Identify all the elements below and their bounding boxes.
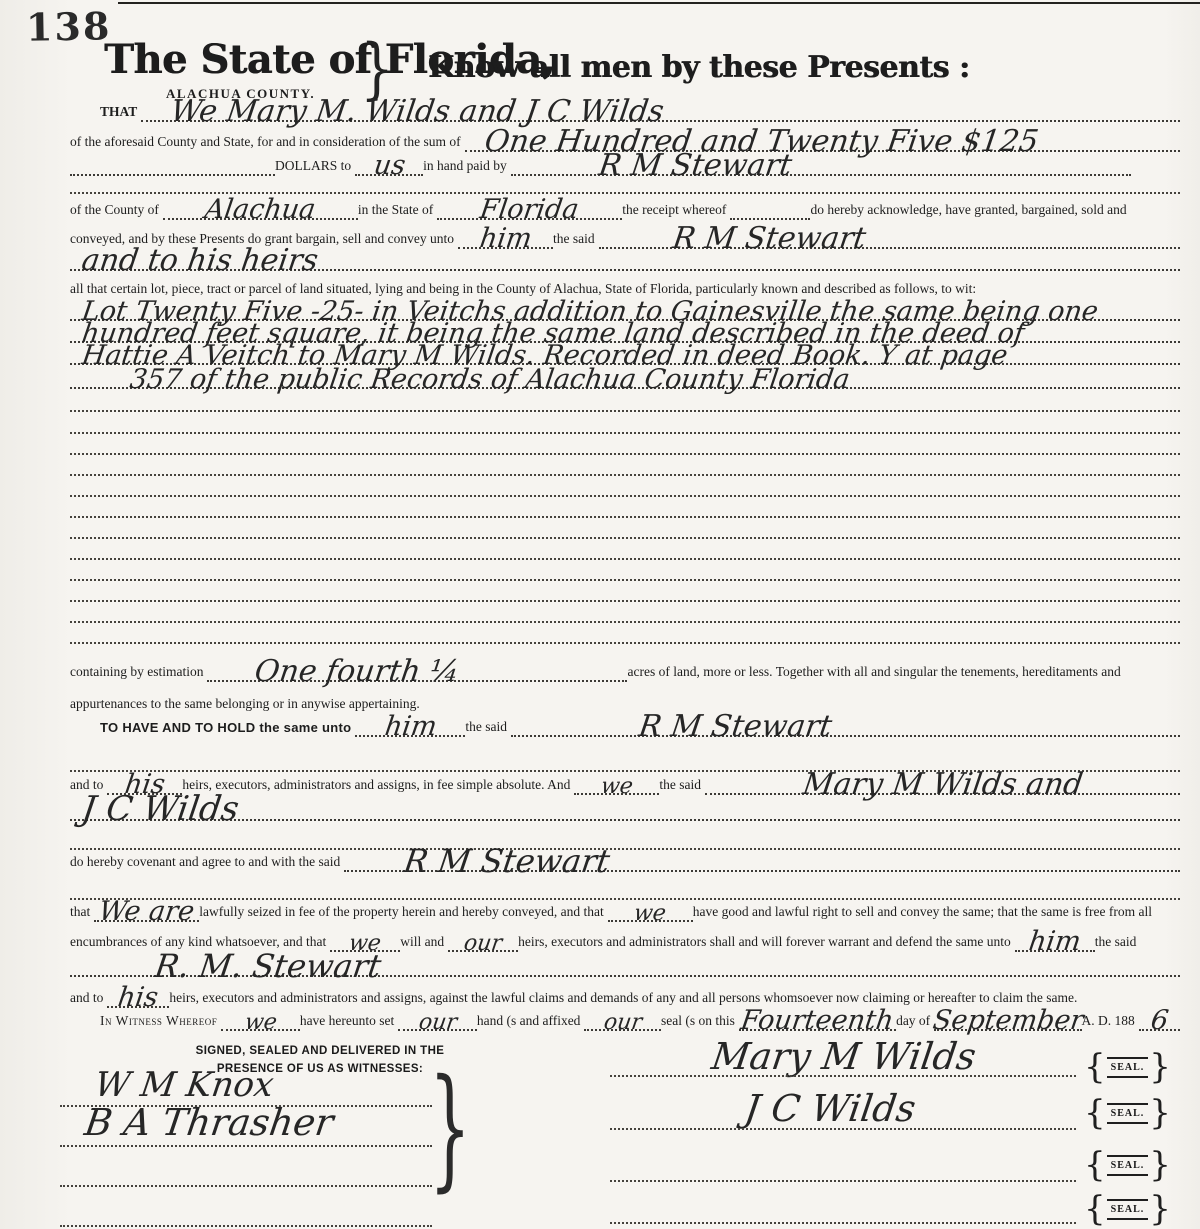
covenant-grantee-blank: R M Stewart — [344, 855, 1180, 872]
our-blank: our — [448, 935, 518, 952]
witness-line-2 — [60, 1145, 432, 1147]
seal-label: SEAL. — [1107, 1199, 1149, 1220]
ruled-line — [70, 432, 1180, 434]
containing-label: containing by estimation — [70, 664, 207, 682]
warrant-unto-handwriting: him — [1028, 935, 1082, 949]
seal-stamp-4: { SEAL. } — [1084, 1192, 1171, 1226]
warranty-we-handwriting: we — [634, 908, 667, 919]
county-row: of the County of Alachua in the State of… — [70, 202, 1180, 220]
grantor1-blank: Mary M Wilds and — [705, 778, 1180, 795]
our-hand-blank: our — [398, 1014, 477, 1031]
said-label: the said — [553, 231, 599, 249]
estimate-blank: One fourth ¼ — [207, 665, 627, 682]
seal-open-brace: { — [1084, 1096, 1106, 1130]
signature-line-3 — [610, 1180, 1076, 1182]
state-blank: Florida — [437, 203, 622, 220]
description-handwriting-2: hundred feet square, it being the same l… — [81, 327, 1025, 341]
claims-andto-label: and to — [70, 990, 107, 1008]
right-label: have good and lawful right to sell and c… — [693, 904, 1156, 922]
seal-close-brace: } — [1149, 1096, 1171, 1130]
signature-line-1 — [610, 1075, 1076, 1077]
estimate-handwriting: One fourth ¼ — [254, 664, 460, 679]
we-are-handwriting: We are — [98, 905, 195, 919]
will-label: will and — [400, 934, 448, 952]
in-hand-label: in hand paid by — [423, 158, 511, 176]
grantors-blank: We Mary M. Wilds and J C Wilds — [141, 105, 1180, 122]
heirs-row: and to his heirs — [70, 254, 1180, 271]
description-row-3: Hattie A Veitch to Mary M Wilds. Recorde… — [70, 348, 1180, 365]
we-blank: we — [574, 778, 659, 795]
year-blank: 6 — [1139, 1014, 1180, 1031]
testimonium-row: In Witness Whereof we have hereunto set … — [70, 1013, 1180, 1031]
seized-label: lawfully seized in fee of the property h… — [199, 904, 607, 922]
ruled-line — [70, 848, 1180, 850]
acknowledge-label: do hereby acknowledge, have granted, bar… — [810, 202, 1130, 220]
description-handwriting-3: Hattie A Veitch to Mary M Wilds. Recorde… — [81, 349, 1008, 363]
ruled-line — [70, 579, 1180, 581]
our-hand-handwriting: our — [418, 1017, 457, 1028]
that-label: THAT — [100, 104, 141, 122]
heirs-handwriting: and to his heirs — [81, 253, 319, 268]
seal-stamp-2: { SEAL. } — [1084, 1096, 1171, 1130]
ruled-line — [70, 537, 1180, 539]
grantor2-handwriting: J C Wilds — [81, 801, 240, 818]
receipt-blank — [730, 203, 810, 220]
tohave-grantee-blank: R M Stewart — [511, 720, 1180, 737]
tohave-label: TO HAVE AND TO HOLD the same unto — [100, 720, 355, 737]
claims-his-handwriting: his — [117, 991, 159, 1005]
dayof-label: day of — [896, 1013, 934, 1031]
description-handwriting-4: 357 of the public Records of Alachua Cou… — [129, 373, 850, 387]
seal-label: SEAL. — [1107, 1057, 1149, 1078]
testimonium-we-blank: we — [221, 1014, 300, 1031]
description-handwriting-1: Lot Twenty Five -25- in Veitchs addition… — [81, 305, 1099, 319]
fee-said-label: the said — [659, 777, 705, 795]
witness2-signature: B A Thrasher — [82, 1104, 335, 1141]
warranty-that-label: that — [70, 904, 94, 922]
seal-label: SEAL. — [1107, 1103, 1149, 1124]
warranty-grantee-blank: R. M. Stewart — [70, 960, 1180, 977]
county-handwriting: Alachua — [204, 203, 316, 217]
payer-handwriting: R M Stewart — [598, 158, 793, 173]
description-blank-3: Hattie A Veitch to Mary M Wilds. Recorde… — [70, 348, 1180, 365]
dollars-label: DOLLARS to — [275, 158, 355, 176]
grantee-handwriting: R M Stewart — [672, 231, 867, 246]
ruled-line — [70, 642, 1180, 644]
tohave-said-label: the said — [465, 719, 511, 737]
leading-blank — [70, 159, 275, 176]
grantor1-signature: Mary M Wilds — [709, 1038, 978, 1075]
warranty-we-blank: we — [608, 905, 693, 922]
ruled-line — [70, 474, 1180, 476]
description-blank-4: 357 of the public Records of Alachua Cou… — [70, 372, 1180, 389]
ruled-line — [70, 558, 1180, 560]
county-blank: Alachua — [163, 203, 358, 220]
signature-line-4 — [610, 1222, 1076, 1224]
warrant-said-label: the said — [1095, 934, 1139, 952]
witness-line-4 — [60, 1225, 432, 1227]
covenant-label: do hereby covenant and agree to and with… — [70, 854, 344, 872]
appurtenances-row: appurtenances to the same belonging or i… — [70, 696, 1180, 714]
our-seal-handwriting: our — [603, 1017, 642, 1028]
unto-blank: him — [458, 232, 553, 249]
witness-whereof-label: In Witness Whereof — [100, 1013, 221, 1031]
unto-handwriting: him — [479, 232, 533, 246]
seal-stamp-3: { SEAL. } — [1084, 1148, 1171, 1182]
tohave-unto-handwriting: him — [384, 720, 438, 734]
warranty-grantee-row: R. M. Stewart — [70, 960, 1180, 977]
page-number: 138 — [26, 3, 112, 49]
grantor2-row: J C Wilds — [70, 804, 1180, 821]
ad-label: A. D. 188 — [1082, 1013, 1139, 1031]
seal-open-brace: { — [1084, 1192, 1106, 1226]
ruled-line — [70, 453, 1180, 455]
testimonium-we-handwriting: we — [244, 1017, 277, 1028]
dollars-to-handwriting: us — [373, 159, 406, 173]
seal-close-brace: } — [1149, 1192, 1171, 1226]
year-handwriting: 6 — [1150, 1014, 1169, 1028]
seal-close-brace: } — [1149, 1148, 1171, 1182]
containing-row: containing by estimation One fourth ¼ ac… — [70, 664, 1180, 682]
seal-close-brace: } — [1149, 1050, 1171, 1084]
witness-line-3 — [60, 1185, 432, 1187]
warranty-grantee-handwriting: R. M. Stewart — [154, 958, 382, 974]
month-blank: September — [934, 1014, 1081, 1031]
ruled-line — [70, 410, 1180, 412]
grantors-handwriting: We Mary M. Wilds and J C Wilds — [170, 104, 665, 119]
witness-brace: } — [429, 1062, 471, 1194]
state-handwriting: Florida — [480, 203, 580, 217]
covenant-grantee-handwriting: R M Stewart — [403, 853, 611, 869]
ruled-line — [70, 516, 1180, 518]
description-row-4: 357 of the public Records of Alachua Cou… — [70, 372, 1180, 389]
seal-open-brace: { — [1084, 1148, 1106, 1182]
claims-his-blank: his — [107, 991, 169, 1008]
warrant-unto-blank: him — [1015, 935, 1095, 952]
our-handwriting: our — [463, 938, 502, 949]
we-handwriting: we — [600, 781, 633, 792]
appurtenances-label: appurtenances to the same belonging or i… — [70, 696, 424, 714]
ruled-line — [70, 898, 1180, 900]
proclamation-heading: Know all men by these Presents : — [428, 50, 969, 85]
grantor2-blank: J C Wilds — [70, 804, 1180, 821]
day-handwriting: Fourteenth — [740, 1014, 894, 1028]
covenant-row: do hereby covenant and agree to and with… — [70, 854, 1180, 872]
month-handwriting: September — [932, 1014, 1084, 1028]
tohave-unto-blank: him — [355, 720, 465, 737]
day-blank: Fourteenth — [739, 1014, 896, 1031]
warrant-label: heirs, executors and administrators shal… — [518, 934, 1015, 952]
that-row: THAT We Mary M. Wilds and J C Wilds — [70, 104, 1180, 122]
page-top-border — [118, 2, 1200, 4]
ruled-line — [70, 600, 1180, 602]
ruled-line — [70, 495, 1180, 497]
ruled-line — [70, 621, 1180, 623]
payer-blank: R M Stewart — [511, 159, 1131, 176]
heirs-blank: and to his heirs — [70, 254, 1180, 271]
signature-line-2 — [610, 1128, 1076, 1130]
seized-row: that We are lawfully seized in fee of th… — [70, 904, 1180, 922]
deed-document-page: 138 The State of Florida, ALACHUA COUNTY… — [0, 0, 1200, 1229]
grantor2-signature: J C Wilds — [742, 1090, 918, 1127]
grantor1-handwriting: Mary M Wilds and — [802, 777, 1084, 792]
we-are-blank: We are — [94, 905, 199, 922]
acres-label: acres of land, more or less. Together wi… — [627, 664, 1124, 682]
dollars-to-blank: us — [355, 159, 423, 176]
our-seal-blank: our — [584, 1014, 661, 1031]
seal-open-brace: { — [1084, 1050, 1106, 1084]
sum-blank: One Hundred and Twenty Five $125 — [465, 135, 1180, 152]
seal-label: SEAL. — [1107, 1155, 1149, 1176]
sum-handwriting: One Hundred and Twenty Five $125 — [484, 134, 1039, 149]
seal-stamp-1: { SEAL. } — [1084, 1050, 1171, 1084]
hand-label: hand (s and affixed — [477, 1013, 585, 1031]
tohave-grantee-handwriting: R M Stewart — [638, 719, 833, 734]
tohave-row: TO HAVE AND TO HOLD the same unto him th… — [70, 719, 1180, 737]
grantee-blank: R M Stewart — [599, 232, 1180, 249]
state-label: in the State of — [358, 202, 437, 220]
receipt-label: the receipt whereof — [622, 202, 730, 220]
dollars-row: DOLLARS to us in hand paid by R M Stewar… — [70, 158, 1180, 176]
witness1-signature: W M Knox — [93, 1068, 276, 1102]
set-label: have hereunto set — [300, 1013, 398, 1031]
county-label: of the County of — [70, 202, 163, 220]
seal-onthis-label: seal (s on this — [661, 1013, 739, 1031]
